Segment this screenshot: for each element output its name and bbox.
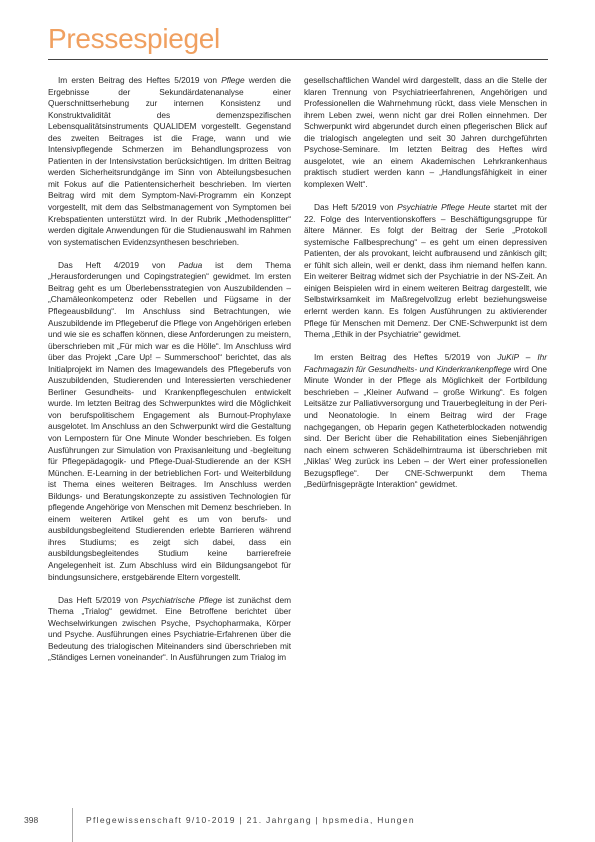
paragraph-text: Das Heft 5/2019 von [314, 202, 397, 212]
paragraph-text: gesellschaftlichen Wandel wird dargestel… [304, 75, 547, 189]
paragraph-text: Das Heft 5/2019 von [58, 595, 142, 605]
publication-info: Pflegewissenschaft 9/10-2019 | 21. Jahrg… [86, 815, 415, 825]
paragraph-psychiatrische-pflege: Das Heft 5/2019 von Psychiatrische Pfleg… [48, 595, 291, 664]
journal-name: Padua [178, 260, 202, 270]
page-title: Pressespiegel [48, 22, 220, 56]
right-column: gesellschaftlichen Wandel wird dargestel… [304, 75, 547, 676]
paragraph-text: werden die Ergebnisse der Sekundärdatena… [48, 75, 291, 247]
left-column: Im ersten Beitrag des Heftes 5/2019 von … [48, 75, 291, 676]
paragraph-text: Im ersten Beitrag des Heftes 5/2019 von [314, 352, 497, 362]
paragraph-continuation: gesellschaftlichen Wandel wird dargestel… [304, 75, 547, 190]
paragraph-text: Das Heft 4/2019 von [58, 260, 178, 270]
paragraph-text: wird One Minute Wonder in der Pflege als… [304, 364, 547, 489]
journal-name: Pflege [221, 75, 244, 85]
paragraph-padua: Das Heft 4/2019 von Padua ist dem Thema … [48, 260, 291, 583]
paragraph-text: ist dem Thema „Herausforderungen und Cop… [48, 260, 291, 582]
title-divider [48, 59, 548, 60]
paragraph-text: startet mit der 22. Folge des Interventi… [304, 202, 547, 339]
page-number: 398 [24, 815, 38, 825]
footer-divider [72, 808, 73, 842]
journal-name: Psychiatrische Pflege [142, 595, 222, 605]
paragraph-pflege: Im ersten Beitrag des Heftes 5/2019 von … [48, 75, 291, 248]
paragraph-text: Im ersten Beitrag des Heftes 5/2019 von [58, 75, 221, 85]
paragraph-jukip: Im ersten Beitrag des Heftes 5/2019 von … [304, 352, 547, 491]
article-columns: Im ersten Beitrag des Heftes 5/2019 von … [48, 75, 548, 676]
journal-name: Psychiatrie Pflege Heute [397, 202, 490, 212]
paragraph-psychiatrie-pflege-heute: Das Heft 5/2019 von Psychiatrie Pflege H… [304, 202, 547, 341]
